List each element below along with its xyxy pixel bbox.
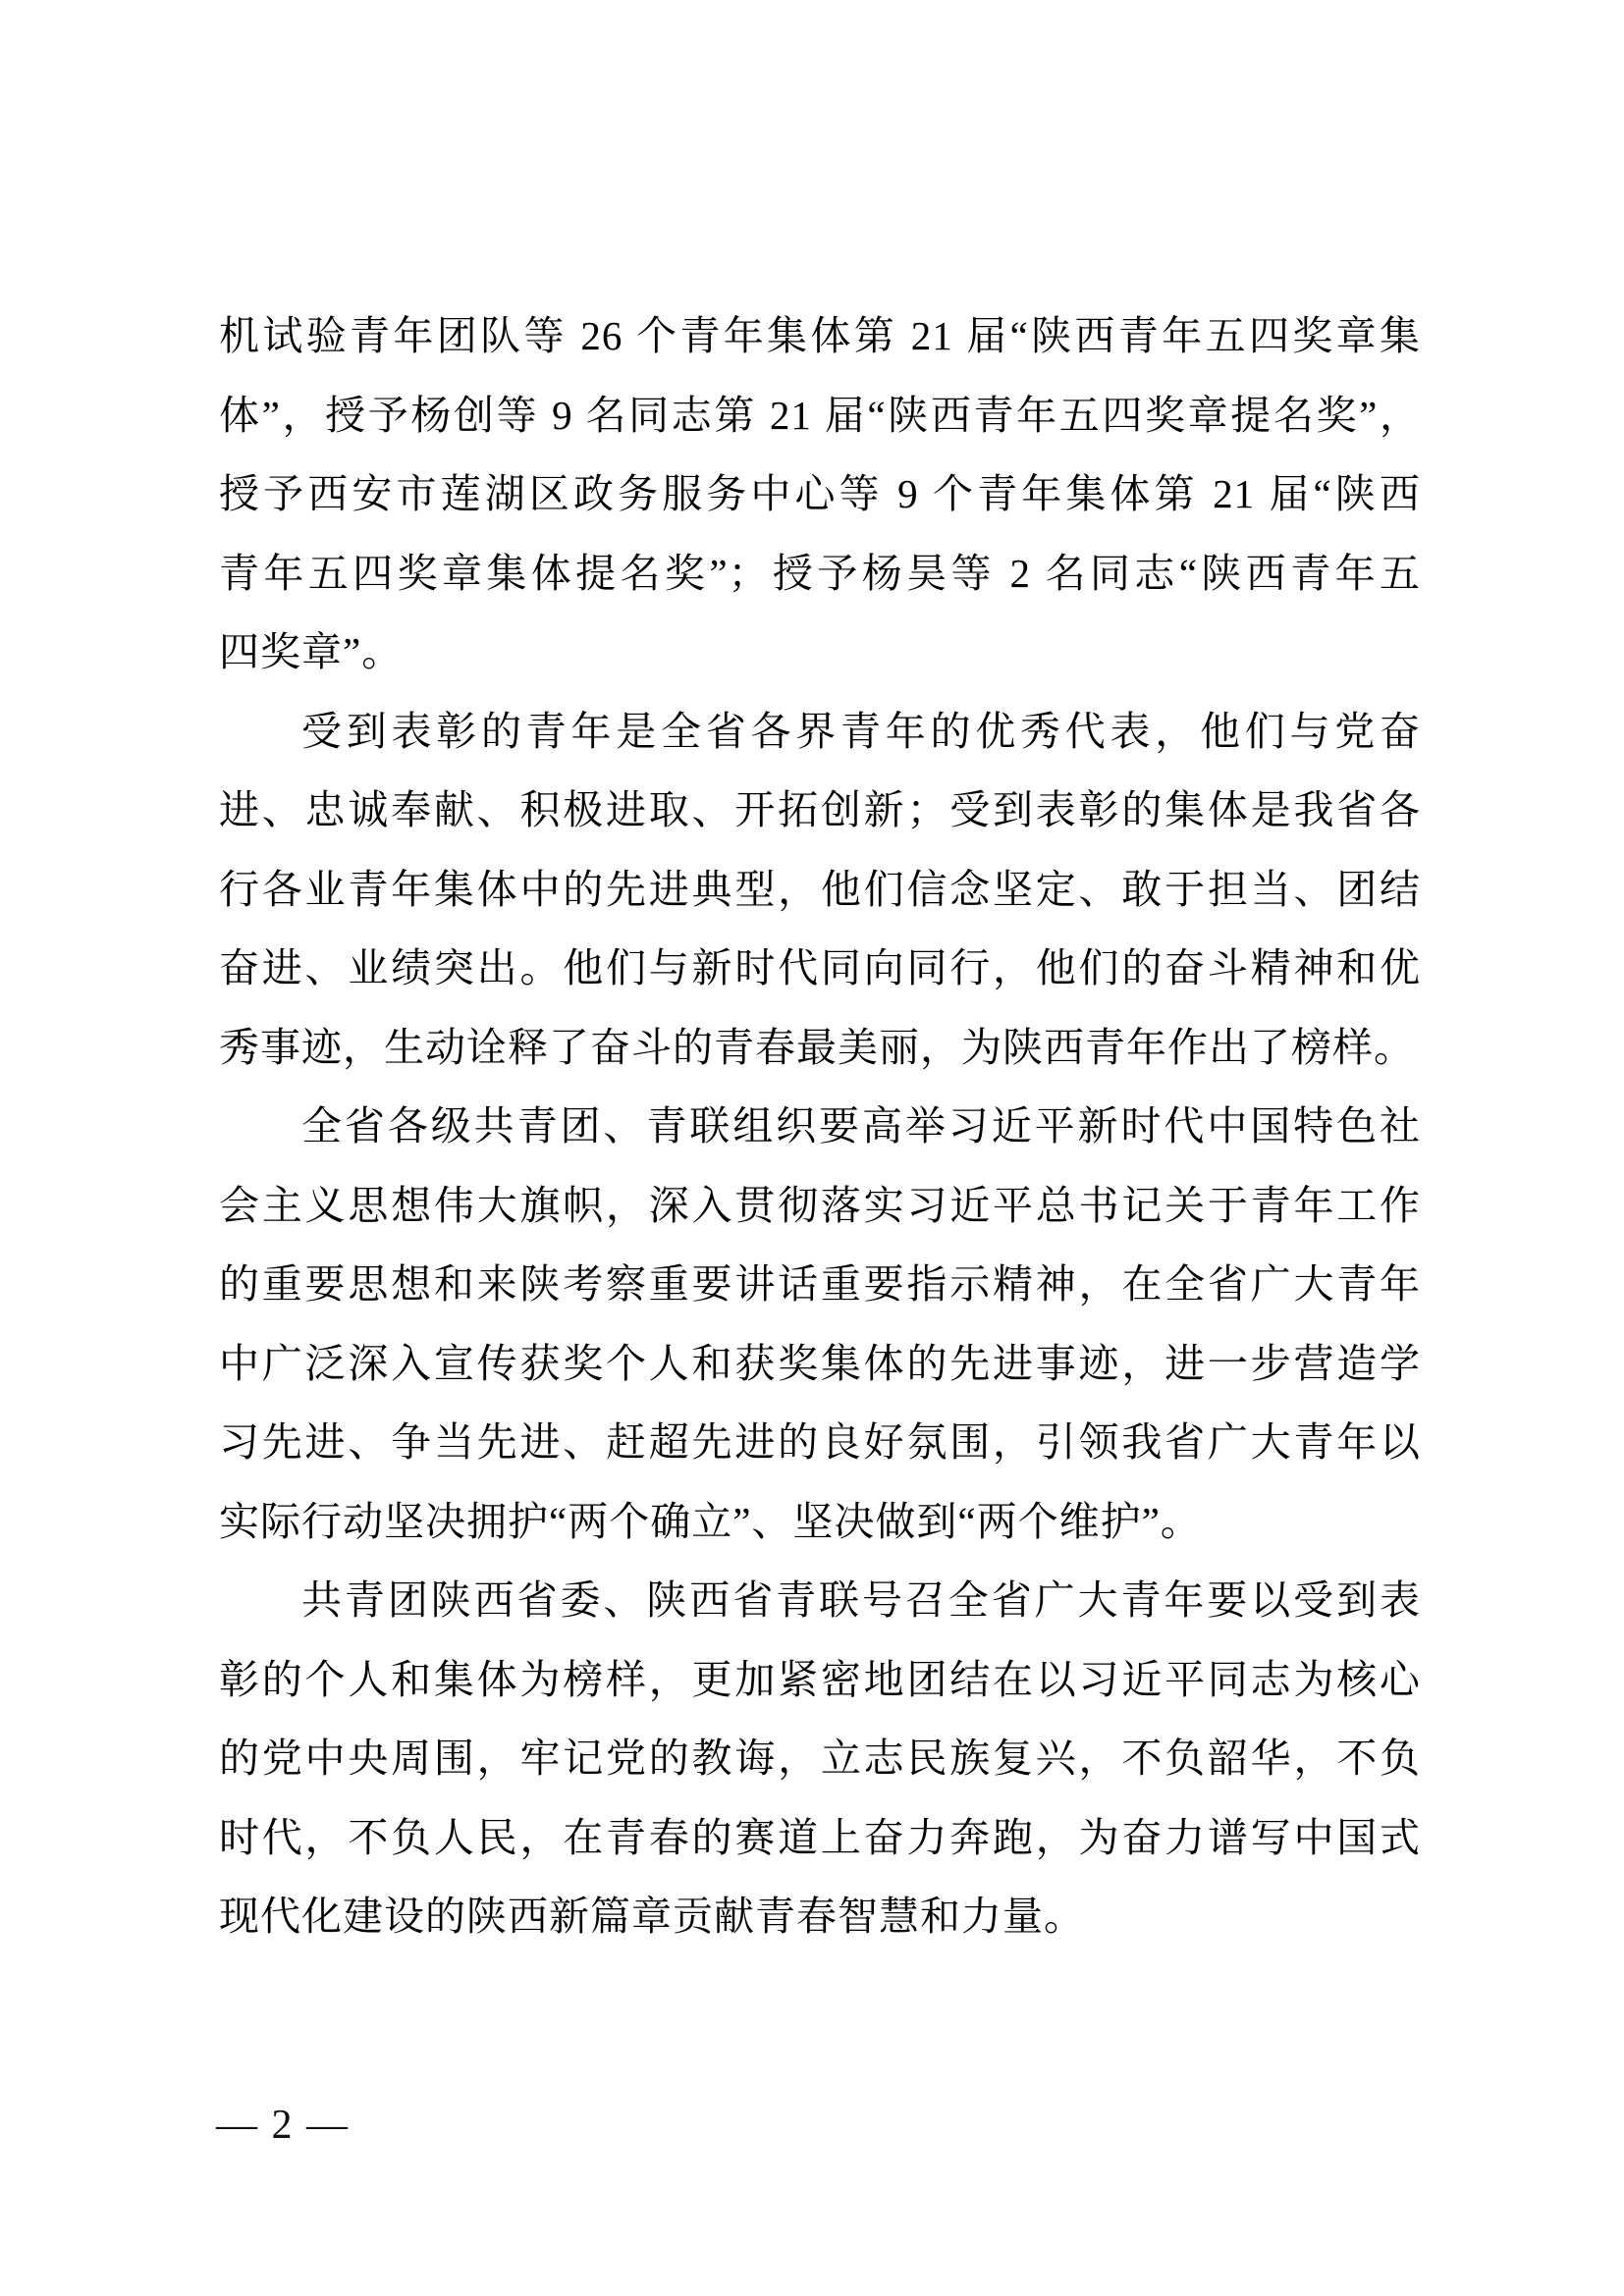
text-line: 授予西安市莲湖区政务服务中心等 9 个青年集体第 21 届“陕西 bbox=[219, 454, 1421, 534]
text-line: 的党中央周围，牢记党的教诲，立志民族复兴，不负韶华，不负 bbox=[219, 1719, 1421, 1798]
text-line: 行各业青年集体中的先进典型，他们信念坚定、敢于担当、团结 bbox=[219, 850, 1421, 930]
text-line: 实际行动坚决拥护“两个确立”、坚决做到“两个维护”。 bbox=[219, 1482, 1421, 1562]
paragraph: 机试验青年团队等 26 个青年集体第 21 届“陕西青年五四奖章集 体”，授予杨… bbox=[219, 296, 1421, 692]
text-line: 习先进、争当先进、赶超先进的良好氛围，引领我省广大青年以 bbox=[219, 1403, 1421, 1482]
text-line: 共青团陕西省委、陕西省青联号召全省广大青年要以受到表 bbox=[219, 1561, 1421, 1640]
text-line: 会主义思想伟大旗帜，深入贯彻落实习近平总书记关于青年工作 bbox=[219, 1166, 1421, 1246]
text-line: 受到表彰的青年是全省各界青年的优秀代表，他们与党奋 bbox=[219, 692, 1421, 772]
page-footer: — 2 — bbox=[216, 2094, 350, 2157]
text-line: 青年五四奖章集体提名奖”；授予杨昊等 2 名同志“陕西青年五 bbox=[219, 534, 1421, 614]
text-line: 体”，授予杨创等 9 名同志第 21 届“陕西青年五四奖章提名奖”， bbox=[219, 376, 1421, 455]
text-line: 四奖章”。 bbox=[219, 613, 1421, 692]
text-line: 彰的个人和集体为榜样，更加紧密地团结在以习近平同志为核心 bbox=[219, 1640, 1421, 1720]
text-line: 机试验青年团队等 26 个青年集体第 21 届“陕西青年五四奖章集 bbox=[219, 296, 1421, 376]
text-line: 进、忠诚奉献、积极进取、开拓创新；受到表彰的集体是我省各 bbox=[219, 771, 1421, 850]
text-line: 全省各级共青团、青联组织要高举习近平新时代中国特色社 bbox=[219, 1087, 1421, 1166]
paragraph: 全省各级共青团、青联组织要高举习近平新时代中国特色社 会主义思想伟大旗帜，深入贯… bbox=[219, 1087, 1421, 1561]
text-line: 现代化建设的陕西新篇章贡献青春智慧和力量。 bbox=[219, 1877, 1421, 1956]
document-body: 机试验青年团队等 26 个青年集体第 21 届“陕西青年五四奖章集 体”，授予杨… bbox=[219, 296, 1421, 1956]
paragraph: 共青团陕西省委、陕西省青联号召全省广大青年要以受到表 彰的个人和集体为榜样，更加… bbox=[219, 1561, 1421, 1956]
text-line: 的重要思想和来陕考察重要讲话重要指示精神，在全省广大青年 bbox=[219, 1245, 1421, 1324]
text-line: 时代，不负人民，在青春的赛道上奋力奔跑，为奋力谱写中国式 bbox=[219, 1798, 1421, 1878]
paragraph: 受到表彰的青年是全省各界青年的优秀代表，他们与党奋 进、忠诚奉献、积极进取、开拓… bbox=[219, 692, 1421, 1088]
document-page: 机试验青年团队等 26 个青年集体第 21 届“陕西青年五四奖章集 体”，授予杨… bbox=[0, 0, 1624, 2296]
text-line: 奋进、业绩突出。他们与新时代同向同行，他们的奋斗精神和优 bbox=[219, 929, 1421, 1008]
page-number: — 2 — bbox=[216, 2103, 350, 2148]
text-line: 中广泛深入宣传获奖个人和获奖集体的先进事迹，进一步营造学 bbox=[219, 1324, 1421, 1404]
text-line: 秀事迹，生动诠释了奋斗的青春最美丽，为陕西青年作出了榜样。 bbox=[219, 1008, 1421, 1088]
